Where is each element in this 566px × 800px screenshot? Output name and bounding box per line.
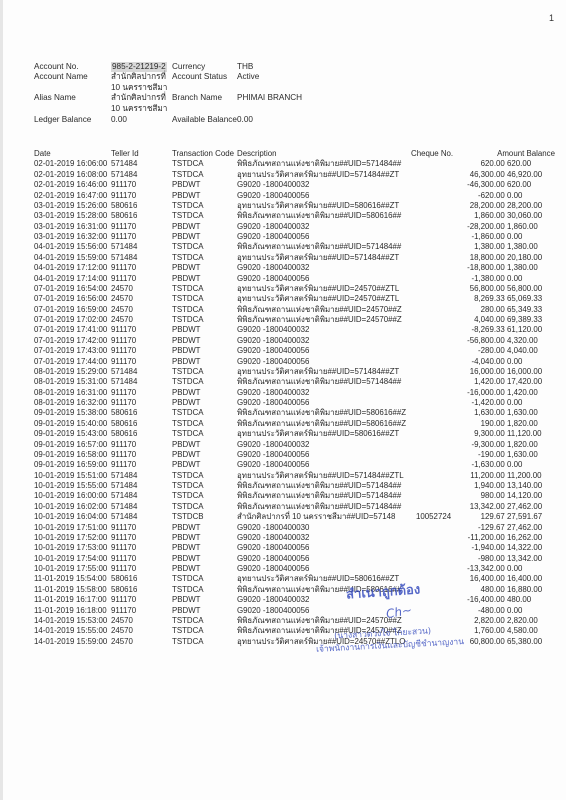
cell-date: 09-01-2019 16:58:00 <box>34 450 107 460</box>
cell-transaction-code: PBDWT <box>172 440 201 450</box>
cell-transaction-code: TSTDCA <box>172 626 204 636</box>
cell-description: อุทยานประวัติศาสตร์พิมาย##UID=580616##ZT <box>237 201 399 211</box>
cell-teller-id: 571484 <box>111 159 137 169</box>
cell-balance: 620.00 <box>507 180 555 190</box>
cell-amount: 1,860.00 <box>474 211 505 220</box>
cell-balance: 0.00 <box>507 232 555 242</box>
cell-transaction-code: PBDWT <box>172 543 201 553</box>
cell-balance: 1,630.00 <box>507 408 555 418</box>
cell-amount-balance: -980.00 13,342.00 <box>434 554 555 564</box>
cell-amount: 1,420.00 <box>474 377 505 386</box>
cell-balance: 30,060.00 <box>507 211 555 221</box>
cell-date: 11-01-2019 15:54:00 <box>34 574 107 584</box>
cell-date: 14-01-2019 15:53:00 <box>34 616 107 626</box>
cell-date: 10-01-2019 15:55:00 <box>34 481 107 491</box>
cell-teller-id: 24570 <box>111 294 133 304</box>
cell-balance: 16,000.00 <box>507 367 555 377</box>
cell-amount-balance: -9,300.00 1,820.00 <box>434 440 555 450</box>
certified-stamp: สำเนาถูกต้อง <box>345 578 421 604</box>
cell-date: 07-01-2019 17:44:00 <box>34 357 107 367</box>
cell-amount: -129.67 <box>478 523 505 532</box>
cell-balance: 1,820.00 <box>507 419 555 429</box>
cell-amount: -16,400.00 <box>467 595 505 604</box>
cell-teller-id: 580616 <box>111 574 137 584</box>
cell-transaction-code: PBDWT <box>172 346 201 356</box>
header-teller-id: Teller Id <box>111 149 139 159</box>
cell-transaction-code: TSTDCA <box>172 616 204 626</box>
cell-description: G9020 -1800400056 <box>237 346 309 356</box>
cell-description: G9020 -1800400056 <box>237 543 309 553</box>
cell-teller-id: 571484 <box>111 253 137 263</box>
cell-transaction-code: TSTDCA <box>172 574 204 584</box>
cell-teller-id: 911170 <box>111 232 136 242</box>
cell-amount-balance: 190.00 1,820.00 <box>434 419 555 429</box>
cell-teller-id: 580616 <box>111 201 137 211</box>
cell-teller-id: 911170 <box>111 191 136 201</box>
cell-balance: 4,040.00 <box>507 346 555 356</box>
cell-transaction-code: TSTDCA <box>172 429 204 439</box>
cell-transaction-code: TSTDCA <box>172 170 204 180</box>
cell-description: พิพิธภัณฑสถานแห่งชาติพิมาย##UID=580616##… <box>237 408 406 418</box>
cell-transaction-code: TSTDCA <box>172 159 204 169</box>
cell-balance: 16,880.00 <box>507 585 555 595</box>
cell-balance: 14,120.00 <box>507 491 555 501</box>
cell-transaction-code: PBDWT <box>172 263 201 273</box>
cell-amount-balance: 2,820.00 2,820.00 <box>434 616 555 626</box>
cell-description: G9020 -1800400032 <box>237 440 309 450</box>
cell-date: 10-01-2019 16:04:00 <box>34 512 107 522</box>
cell-amount: 280.00 <box>481 305 505 314</box>
cell-amount: -1,630.00 <box>471 460 504 469</box>
cell-amount: 18,800.00 <box>470 253 505 262</box>
cell-teller-id: 24570 <box>111 284 133 294</box>
cell-amount: -11,200.00 <box>468 533 505 542</box>
cell-transaction-code: PBDWT <box>172 564 201 574</box>
available-balance-label: Available Balance <box>172 115 237 125</box>
cell-date: 09-01-2019 15:43:00 <box>34 429 107 439</box>
cell-amount: 1,380.00 <box>474 242 505 251</box>
cell-balance: 0.00 <box>507 606 555 616</box>
cell-teller-id: 571484 <box>111 471 137 481</box>
cell-transaction-code: TSTDCA <box>172 305 204 315</box>
cell-description: G9020 -1800400032 <box>237 222 309 232</box>
cell-amount: 480.00 <box>481 585 505 594</box>
cell-description: G9020 -1800400032 <box>237 325 309 335</box>
account-name-line1: สำนักศิลปากรที่ <box>111 72 166 82</box>
cell-amount-balance: 13,342.00 27,462.00 <box>434 502 555 512</box>
cell-balance: 480.00 <box>507 595 555 605</box>
cell-description: G9020 -1800400056 <box>237 274 309 284</box>
cell-teller-id: 571484 <box>111 502 137 512</box>
cell-balance: 27,462.00 <box>507 502 555 512</box>
cell-date: 08-01-2019 15:31:00 <box>34 377 107 387</box>
cell-teller-id: 911170 <box>111 274 136 284</box>
cell-date: 10-01-2019 17:52:00 <box>34 533 107 543</box>
cell-amount-balance: 16,000.00 16,000.00 <box>434 367 555 377</box>
cell-description: พิพิธภัณฑสถานแห่งชาติพิมาย##UID=571484## <box>237 491 401 501</box>
cell-teller-id: 911170 <box>111 388 136 398</box>
cell-date: 09-01-2019 15:40:00 <box>34 419 107 429</box>
cell-description: G9020 -1800400032 <box>237 263 309 273</box>
cell-balance: 17,420.00 <box>507 377 555 387</box>
cell-balance: 27,462.00 <box>507 523 555 533</box>
cell-date: 07-01-2019 17:41:00 <box>34 325 107 335</box>
cell-amount-balance: 56,800.00 56,800.00 <box>434 284 555 294</box>
cell-transaction-code: PBDWT <box>172 232 201 242</box>
cell-amount: 2,820.00 <box>474 616 505 625</box>
available-balance-value: 0.00 <box>237 115 253 125</box>
cell-amount-balance: 46,300.00 46,920.00 <box>434 170 555 180</box>
cell-balance: 1,630.00 <box>507 450 555 460</box>
cell-date: 08-01-2019 16:31:00 <box>34 388 107 398</box>
cell-teller-id: 911170 <box>111 180 136 190</box>
cell-amount: -280.00 <box>478 346 505 355</box>
cell-amount-balance: 9,300.00 11,120.00 <box>434 429 555 439</box>
cell-description: G9020 -1800400032 <box>237 595 309 605</box>
cell-transaction-code: PBDWT <box>172 274 201 284</box>
cell-teller-id: 571484 <box>111 491 137 501</box>
cell-transaction-code: TSTDCA <box>172 408 204 418</box>
cell-amount-balance: 980.00 14,120.00 <box>434 491 555 501</box>
cell-teller-id: 911170 <box>111 564 136 574</box>
cell-transaction-code: TSTDCA <box>172 294 204 304</box>
cell-amount: 1,760.00 <box>474 626 505 635</box>
cell-teller-id: 911170 <box>111 606 136 616</box>
cell-transaction-code: TSTDCA <box>172 481 204 491</box>
cell-transaction-code: PBDWT <box>172 191 201 201</box>
cell-amount-balance: -1,630.00 0.00 <box>434 460 555 470</box>
cell-amount: 8,269.33 <box>474 294 505 303</box>
cell-teller-id: 911170 <box>111 533 136 543</box>
cell-teller-id: 571484 <box>111 367 137 377</box>
cell-amount: -16,000.00 <box>467 388 505 397</box>
cell-amount-balance: 620.00 620.00 <box>434 159 555 169</box>
cell-teller-id: 571484 <box>111 377 137 387</box>
cell-transaction-code: TSTDCA <box>172 491 204 501</box>
cell-teller-id: 911170 <box>111 325 136 335</box>
cell-transaction-code: TSTDCA <box>172 284 204 294</box>
cell-balance: 2,820.00 <box>507 616 555 626</box>
cell-transaction-code: TSTDCA <box>172 201 204 211</box>
cell-date: 07-01-2019 16:56:00 <box>34 294 107 304</box>
cell-description: พิพิธภัณฑสถานแห่งชาติพิมาย##UID=580616##… <box>237 419 406 429</box>
cell-balance: 11,200.00 <box>507 471 555 481</box>
cell-teller-id: 580616 <box>111 419 137 429</box>
branch-name-label: Branch Name <box>172 93 222 103</box>
cell-balance: 0.00 <box>507 191 555 201</box>
cell-balance: 28,200.00 <box>507 201 555 211</box>
cell-amount-balance: 28,200.00 28,200.00 <box>434 201 555 211</box>
cell-date: 09-01-2019 16:59:00 <box>34 460 107 470</box>
cell-amount-balance: -129.67 27,462.00 <box>434 523 555 533</box>
cell-date: 04-01-2019 15:56:00 <box>34 242 107 252</box>
cell-description: พิพิธภัณฑสถานแห่งชาติพิมาย##UID=571484## <box>237 159 401 169</box>
cell-date: 08-01-2019 15:29:00 <box>34 367 107 377</box>
cell-transaction-code: PBDWT <box>172 460 201 470</box>
cell-balance: 4,320.00 <box>507 336 555 346</box>
cell-description: G9020 -1800400056 <box>237 450 309 460</box>
cell-description: พิพิธภัณฑสถานแห่งชาติพิมาย##UID=571484## <box>237 481 401 491</box>
page-number: 1 <box>549 13 554 23</box>
cell-description: พิพิธภัณฑสถานแห่งชาติพิมาย##UID=24570##Z <box>237 616 402 626</box>
account-no-label: Account No. <box>34 62 79 72</box>
cell-teller-id: 571484 <box>111 242 137 252</box>
cell-amount: -190.00 <box>478 450 505 459</box>
cell-date: 04-01-2019 17:14:00 <box>34 274 107 284</box>
cell-teller-id: 911170 <box>111 440 136 450</box>
alias-name-line1: สำนักศิลปากรที่ <box>111 93 166 103</box>
cell-teller-id: 571484 <box>111 170 137 180</box>
cell-amount-balance: -8,269.33 61,120.00 <box>434 325 555 335</box>
cell-date: 10-01-2019 16:00:00 <box>34 491 107 501</box>
cell-date: 10-01-2019 17:55:00 <box>34 564 107 574</box>
header-description: Description <box>237 149 276 159</box>
cell-amount: -8,269.33 <box>471 325 504 334</box>
cell-transaction-code: PBDWT <box>172 222 201 232</box>
cell-amount-balance: 1,420.00 17,420.00 <box>434 377 555 387</box>
cell-amount: -1,940.00 <box>471 543 504 552</box>
cell-description: อุทยานประวัติศาสตร์พิมาย##UID=24570##ZTL <box>237 284 399 294</box>
cell-date: 07-01-2019 17:02:00 <box>34 315 107 325</box>
cell-amount-balance: -1,380.00 0.00 <box>434 274 555 284</box>
cell-teller-id: 580616 <box>111 211 137 221</box>
cell-date: 02-01-2019 16:47:00 <box>34 191 107 201</box>
cell-teller-id: 911170 <box>111 523 136 533</box>
cell-teller-id: 911170 <box>111 543 136 553</box>
cell-description: G9020 -1800400032 <box>237 533 309 543</box>
cell-amount-balance: -16,000.00 1,420.00 <box>434 388 555 398</box>
cell-amount: -980.00 <box>478 554 505 563</box>
currency-value: THB <box>237 62 253 72</box>
cell-description: G9020 -1800400056 <box>237 606 309 616</box>
cell-transaction-code: PBDWT <box>172 388 201 398</box>
cell-teller-id: 580616 <box>111 585 137 595</box>
cell-balance: 16,262.00 <box>507 533 555 543</box>
cell-amount: -1,420.00 <box>471 398 504 407</box>
cell-date: 03-01-2019 16:32:00 <box>34 232 107 242</box>
account-name-line2: 10 นครราชสีมา <box>111 83 167 93</box>
cell-balance: 61,120.00 <box>507 325 555 335</box>
cell-amount-balance: 1,860.00 30,060.00 <box>434 211 555 221</box>
cell-amount: -1,380.00 <box>471 274 504 283</box>
cell-amount: 9,300.00 <box>474 429 505 438</box>
cell-teller-id: 24570 <box>111 305 133 315</box>
cell-amount-balance: 1,940.00 13,140.00 <box>434 481 555 491</box>
cell-amount: 620.00 <box>481 159 505 168</box>
cell-description: G9020 -1800400032 <box>237 336 309 346</box>
cell-transaction-code: PBDWT <box>172 606 201 616</box>
cell-amount: 28,200.00 <box>470 201 505 210</box>
cell-date: 10-01-2019 17:51:00 <box>34 523 107 533</box>
cell-amount: 1,630.00 <box>474 408 505 417</box>
cell-transaction-code: PBDWT <box>172 398 201 408</box>
cell-teller-id: 911170 <box>111 460 136 470</box>
cell-amount-balance: 4,040.00 69,389.33 <box>434 315 555 325</box>
cell-date: 11-01-2019 16:17:00 <box>34 595 107 605</box>
cell-teller-id: 24570 <box>111 626 133 636</box>
cell-amount-balance: -1,860.00 0.00 <box>434 232 555 242</box>
cell-description: G9020 -1800400056 <box>237 398 309 408</box>
cell-balance: 46,920.00 <box>507 170 555 180</box>
cell-amount-balance: -28,200.00 1,860.00 <box>434 222 555 232</box>
cell-transaction-code: PBDWT <box>172 357 201 367</box>
cell-date: 07-01-2019 16:54:00 <box>34 284 107 294</box>
cell-balance: 4,580.00 <box>507 626 555 636</box>
account-status-value: Active <box>237 72 259 82</box>
cell-date: 10-01-2019 16:02:00 <box>34 502 107 512</box>
cell-description: พิพิธภัณฑสถานแห่งชาติพิมาย##UID=571484## <box>237 502 401 512</box>
cell-amount-balance: -620.00 0.00 <box>434 191 555 201</box>
cell-amount-balance: -56,800.00 4,320.00 <box>434 336 555 346</box>
cell-date: 04-01-2019 17:12:00 <box>34 263 107 273</box>
cell-transaction-code: TSTDCA <box>172 377 204 387</box>
cell-date: 08-01-2019 16:32:00 <box>34 398 107 408</box>
cell-teller-id: 911170 <box>111 222 136 232</box>
cell-teller-id: 571484 <box>111 512 137 522</box>
cell-amount: 16,000.00 <box>470 367 505 376</box>
cell-teller-id: 911170 <box>111 450 136 460</box>
cell-amount: 190.00 <box>481 419 505 428</box>
cell-amount-balance: -4,040.00 0.00 <box>434 357 555 367</box>
cell-transaction-code: TSTDCA <box>172 315 204 325</box>
cell-amount: 980.00 <box>481 491 505 500</box>
cell-amount: 46,300.00 <box>470 170 505 179</box>
cell-teller-id: 580616 <box>111 429 137 439</box>
cell-transaction-code: PBDWT <box>172 336 201 346</box>
cell-date: 09-01-2019 16:57:00 <box>34 440 107 450</box>
cell-transaction-code: TSTDCA <box>172 419 204 429</box>
account-status-label: Account Status <box>172 72 227 82</box>
cell-amount: 11,200.00 <box>470 471 505 480</box>
cell-teller-id: 580616 <box>111 408 137 418</box>
account-name-label: Account Name <box>34 72 88 82</box>
cell-description: อุทยานประวัติศาสตร์พิมาย##UID=571484##ZT <box>237 367 399 377</box>
cell-transaction-code: TSTDCA <box>172 211 204 221</box>
cell-date: 10-01-2019 15:51:00 <box>34 471 107 481</box>
cell-balance: 0.00 <box>507 398 555 408</box>
cell-amount: -28,200.00 <box>467 222 505 231</box>
cell-amount: -13,342.00 <box>467 564 505 573</box>
cell-amount: 129.67 <box>481 512 505 521</box>
cell-description: G9020 -1800400056 <box>237 357 309 367</box>
cell-transaction-code: PBDWT <box>172 325 201 335</box>
cell-description: อุทยานประวัติศาสตร์พิมาย##UID=24570##ZTL <box>237 294 399 304</box>
cell-balance: 620.00 <box>507 159 555 169</box>
cell-amount-balance: 18,800.00 20,180.00 <box>434 253 555 263</box>
cell-balance: 1,380.00 <box>507 263 555 273</box>
cell-balance: 69,389.33 <box>507 315 555 325</box>
signature: Ch~ <box>385 603 413 621</box>
cell-amount-balance: 8,269.33 65,069.33 <box>434 294 555 304</box>
cell-description: G9020 -1800400056 <box>237 191 309 201</box>
cell-balance: 0.00 <box>507 357 555 367</box>
cell-balance: 65,349.33 <box>507 305 555 315</box>
cell-balance: 16,400.00 <box>507 574 555 584</box>
cell-amount-balance: 280.00 65,349.33 <box>434 305 555 315</box>
cell-description: G9020 -1800400056 <box>237 460 309 470</box>
cell-transaction-code: TSTDCA <box>172 367 204 377</box>
cell-balance: 0.00 <box>507 460 555 470</box>
cell-amount-balance: -1,940.00 14,322.00 <box>434 543 555 553</box>
cell-amount: 56,800.00 <box>470 284 505 293</box>
cell-balance: 65,380.00 <box>507 637 555 647</box>
cell-amount: -620.00 <box>478 191 505 200</box>
cell-description: G9020 -1800400032 <box>237 180 309 190</box>
cell-transaction-code: TSTDCA <box>172 502 204 512</box>
currency-label: Currency <box>172 62 205 72</box>
cell-description: G9020 -1800400030 <box>237 523 309 533</box>
cell-date: 02-01-2019 16:46:00 <box>34 180 107 190</box>
cell-description: พิพิธภัณฑสถานแห่งชาติพิมาย##UID=571484## <box>237 242 401 252</box>
cell-amount: -18,800.00 <box>467 263 505 272</box>
cell-date: 07-01-2019 17:43:00 <box>34 346 107 356</box>
cell-date: 09-01-2019 15:38:00 <box>34 408 107 418</box>
cell-amount: -56,800.00 <box>467 336 505 345</box>
cell-transaction-code: PBDWT <box>172 450 201 460</box>
cell-description: พิพิธภัณฑสถานแห่งชาติพิมาย##UID=571484## <box>237 377 401 387</box>
cell-amount-balance: -46,300.00 620.00 <box>434 180 555 190</box>
cell-teller-id: 911170 <box>111 336 136 346</box>
cell-amount: -1,860.00 <box>471 232 504 241</box>
cell-date: 04-01-2019 15:59:00 <box>34 253 107 263</box>
ledger-balance-value: 0.00 <box>111 115 127 125</box>
cell-balance: 1,820.00 <box>507 440 555 450</box>
cell-description: พิพิธภัณฑสถานแห่งชาติพิมาย##UID=580616## <box>237 211 401 221</box>
cell-date: 07-01-2019 17:42:00 <box>34 336 107 346</box>
cell-balance: 56,800.00 <box>507 284 555 294</box>
cell-description: อุทยานประวัติศาสตร์พิมาย##UID=571484##ZT <box>237 170 399 180</box>
cell-transaction-code: TSTDCA <box>172 585 204 595</box>
cell-description: พิพิธภัณฑสถานแห่งชาติพิมาย##UID=24570##Z <box>237 315 402 325</box>
cell-date: 11-01-2019 16:18:00 <box>34 606 107 616</box>
cell-balance: 0.00 <box>507 564 555 574</box>
cell-balance: 11,120.00 <box>507 429 555 439</box>
cell-date: 11-01-2019 15:58:00 <box>34 585 107 595</box>
alias-name-line2: 10 นครราชสีมา <box>111 104 167 114</box>
cell-transaction-code: TSTDCA <box>172 253 204 263</box>
cell-amount-balance: 1,630.00 1,630.00 <box>434 408 555 418</box>
cell-date: 03-01-2019 15:28:00 <box>34 211 107 221</box>
cell-amount-balance: -1,420.00 0.00 <box>434 398 555 408</box>
cell-teller-id: 24570 <box>111 616 133 626</box>
cell-amount-balance: -480.00 0.00 <box>434 606 555 616</box>
cell-balance: 1,420.00 <box>507 388 555 398</box>
cell-balance: 13,140.00 <box>507 481 555 491</box>
cell-amount-balance: 16,400.00 16,400.00 <box>434 574 555 584</box>
cell-balance: 1,380.00 <box>507 242 555 252</box>
cell-amount: -46,300.00 <box>467 180 505 189</box>
cell-date: 02-01-2019 16:08:00 <box>34 170 107 180</box>
cell-date: 10-01-2019 17:53:00 <box>34 543 107 553</box>
header-amount-balance: Amount Balance <box>434 149 555 159</box>
cell-amount-balance: 480.00 16,880.00 <box>434 585 555 595</box>
cell-description: พิพิธภัณฑสถานแห่งชาติพิมาย##UID=24570##Z <box>237 305 402 315</box>
cell-description: G9020 -1800400056 <box>237 554 309 564</box>
cell-balance: 65,069.33 <box>507 294 555 304</box>
cell-balance: 13,342.00 <box>507 554 555 564</box>
cell-amount: 4,040.00 <box>474 315 505 324</box>
cell-transaction-code: TSTDCA <box>172 242 204 252</box>
cell-description: อุทยานประวัติศาสตร์พิมาย##UID=580616##ZT <box>237 429 399 439</box>
cell-date: 03-01-2019 16:31:00 <box>34 222 107 232</box>
cell-transaction-code: TSTDCA <box>172 637 204 647</box>
cell-date: 02-01-2019 16:06:00 <box>34 159 107 169</box>
cell-transaction-code: PBDWT <box>172 180 201 190</box>
cell-balance: 20,180.00 <box>507 253 555 263</box>
cell-description: อุทยานประวัติศาสตร์พิมาย##UID=571484##ZT… <box>237 471 404 481</box>
cell-teller-id: 571484 <box>111 481 137 491</box>
cell-description: G9020 -1800400032 <box>237 388 309 398</box>
